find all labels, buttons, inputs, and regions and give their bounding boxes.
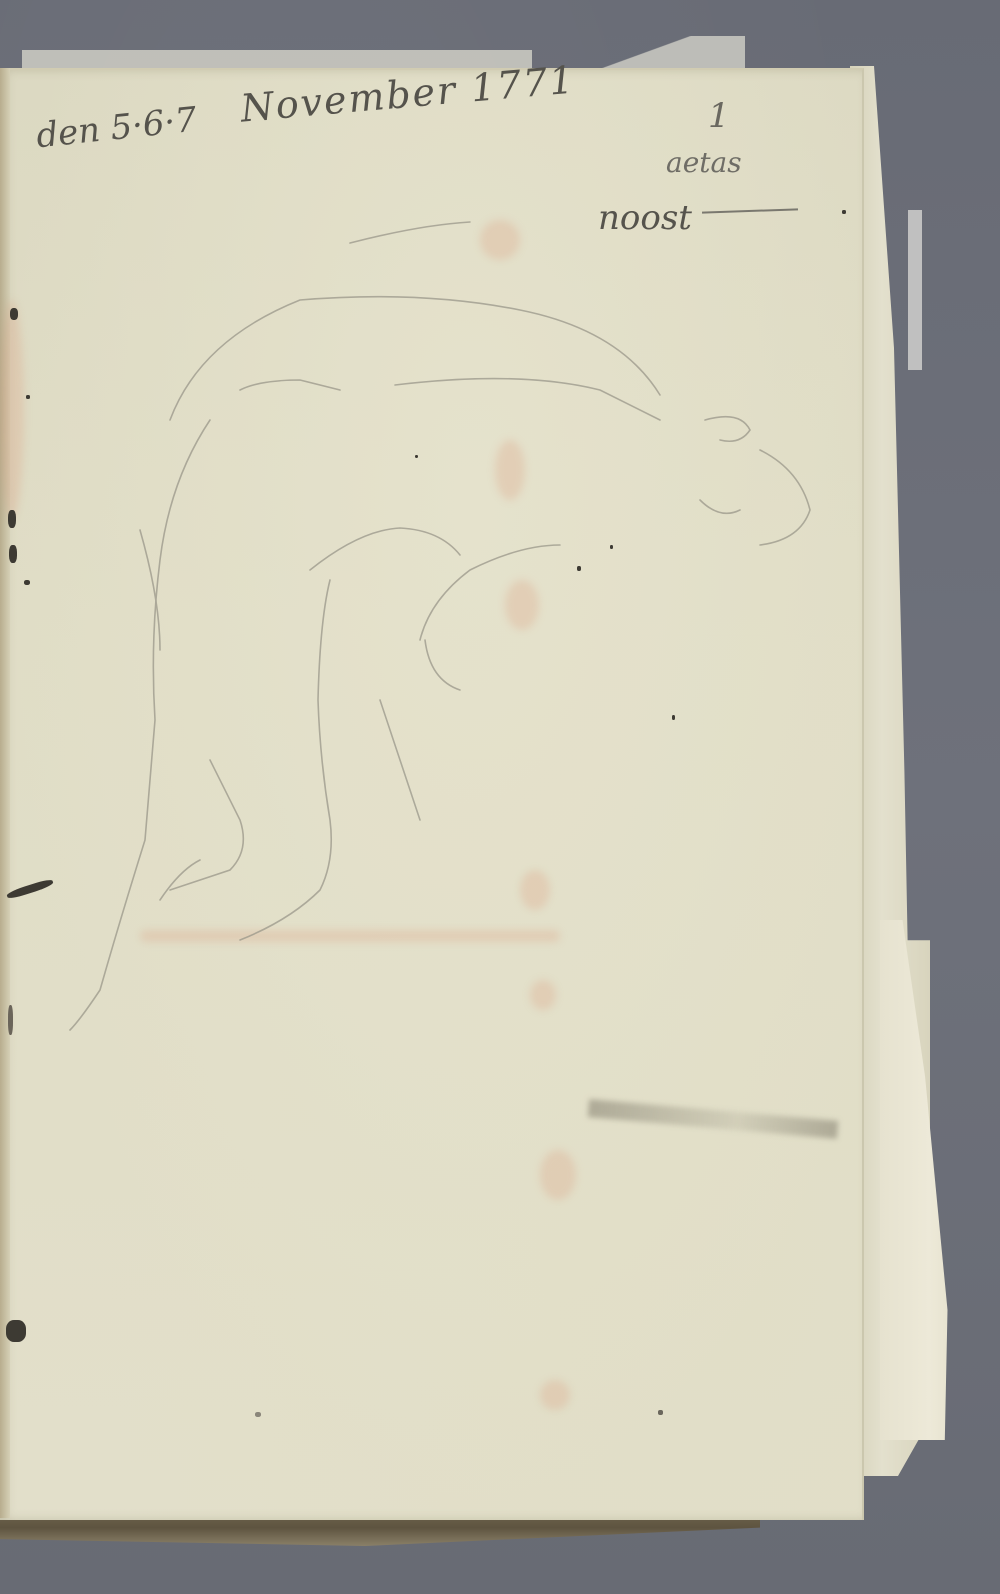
paper-speck <box>577 566 581 571</box>
manuscript-page <box>0 68 864 1520</box>
margin-ink-fragment <box>24 580 30 585</box>
margin-ink-fragment <box>8 1005 13 1035</box>
paper-speck <box>658 1410 663 1415</box>
margin-ink-fragment <box>8 510 16 528</box>
foxing-stain <box>540 1150 576 1200</box>
paper-speck <box>415 455 418 458</box>
foxing-stain <box>480 220 520 260</box>
margin-ink-fragment <box>9 545 17 563</box>
foxing-stain <box>495 440 525 500</box>
handwritten-note-lower: noost <box>598 198 692 238</box>
foxing-stain <box>0 300 24 520</box>
foxing-stain <box>530 980 556 1010</box>
handwritten-note-upper: aetas <box>666 146 742 179</box>
paper-speck <box>255 1412 261 1417</box>
paper-speck <box>610 545 613 549</box>
foxing-stain <box>520 870 550 910</box>
foxing-stain <box>505 580 539 630</box>
folio-number: 1 <box>708 96 730 136</box>
margin-ink-fragment <box>6 1320 26 1342</box>
margin-ink-fragment <box>10 308 18 320</box>
tissue-strip-right <box>908 210 922 370</box>
margin-ink-fragment <box>26 395 30 399</box>
paper-speck <box>842 210 846 214</box>
paper-speck <box>672 715 675 720</box>
binding-gutter <box>0 68 10 1518</box>
foxing-stain <box>540 1380 570 1410</box>
foxing-line <box>140 930 560 942</box>
